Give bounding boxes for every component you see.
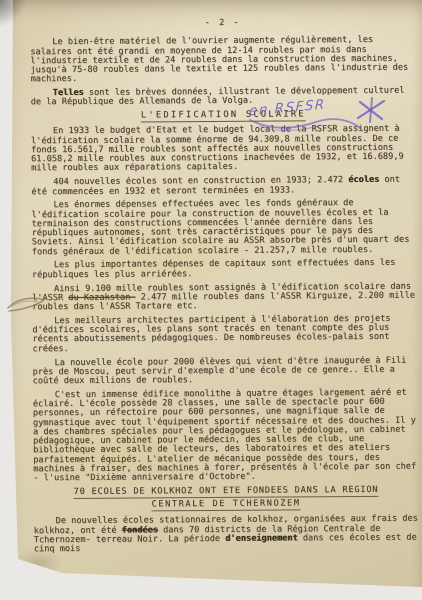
paragraph: Les plus importantes dépenses de capitau… [32,259,417,280]
paragraph: Le bien-être matériel de l'ouvrier augme… [30,36,415,85]
page-number: - 2 - [30,18,415,30]
handwritten-cross-icon [352,94,392,126]
subsection-heading-line: CENTRALE DE TCHERNOZEM [33,499,418,511]
paragraph: De nouvelles écoles stationnaires de kol… [34,515,419,555]
handwriting-flourish [246,110,366,138]
subsection-heading-line: 70 ECOLES DE KOLKHOZ ONT ETE FONDEES DAN… [33,486,418,498]
page-content: - 2 -Le bien-être matériel de l'ouvrier … [0,0,422,559]
paragraph: Les énormes dépenses effectuées avec les… [31,199,416,257]
text-run: d'enseignement [225,533,298,544]
paragraph: 404 nouvelles écoles sont en constructio… [31,176,416,197]
paragraph: La nouvelle école pour 2000 élèves qui v… [33,356,418,386]
subsection-heading-text: 70 ECOLES DE KOLKHOZ ONT ETE FONDEES DAN… [74,485,379,499]
paragraph: Les meilleurs architectes participent à … [32,314,417,354]
text-run: écoles [348,175,379,185]
text-run: Les meilleurs architectes participent à … [32,314,390,354]
paragraph: C'est un immense édifice monolithe à qua… [33,388,419,483]
subsection-heading-text: CENTRALE DE TCHERNOZEM [151,499,300,512]
text-run: La nouvelle école pour 2000 élèves qui v… [33,355,407,386]
text-run: Le bien-être matériel de l'ouvrier augme… [30,35,408,84]
document-page: - 2 -Le bien-être matériel de l'ouvrier … [0,0,422,600]
margin-bracket-mark [6,291,50,321]
text-run: Les plus importantes dépenses de capitau… [32,258,395,280]
text-run: C'est un immense édifice monolithe à qua… [33,387,416,483]
text-run: sont les brèves données, illustrant le d… [31,86,405,108]
subsection-heading: 70 ECOLES DE KOLKHOZ ONT ETE FONDEES DAN… [33,486,418,511]
text-run: Les énormes dépenses effectuées avec les… [31,198,409,256]
paragraph: Ainsi 9.100 mille roubles sont assignés … [32,282,417,312]
photo-background: - 2 -Le bien-être matériel de l'ouvrier … [0,0,422,600]
